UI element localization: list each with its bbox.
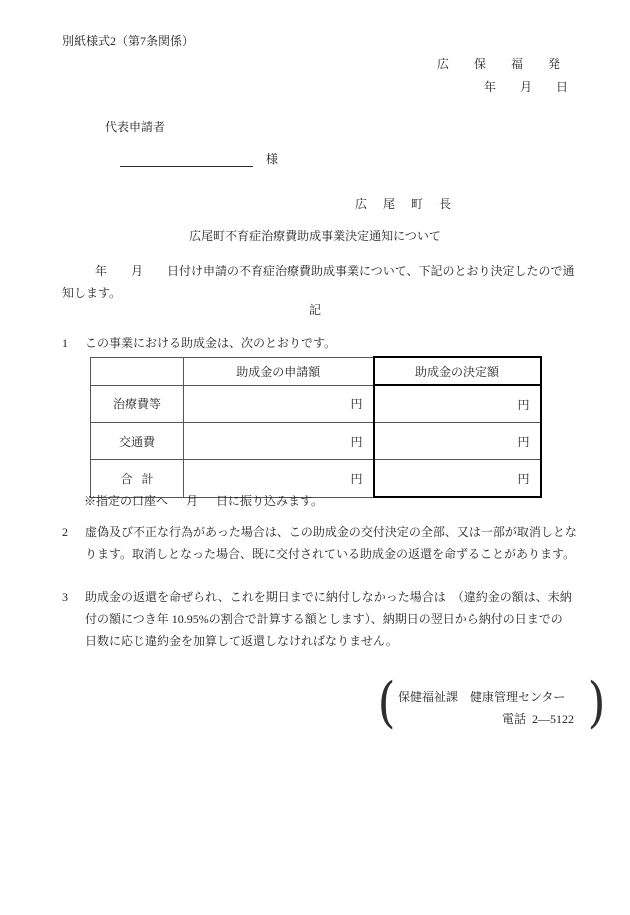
document-page: 別紙様式2（第7条関係） 広保福発 年月日 代表申請者 様 広尾町長 広尾町不育… (0, 0, 630, 915)
list-item-1: 1 この事業における助成金は、次のとおりです。 (62, 332, 336, 354)
item-number: 2 (62, 521, 85, 565)
recipient-name-blank (120, 153, 253, 167)
honorific-label: 様 (266, 152, 278, 166)
contact-department: 保健福祉課 健康管理センター (398, 686, 578, 708)
sender-mayor: 広尾町長 (355, 196, 467, 212)
table-row-treatment: 治療費等 円 円 (91, 385, 541, 423)
item-text: 助成金の返還を命ぜられ、これを期日までに納付しなかった場合は （違約金の額は、未… (85, 586, 572, 608)
table-header-decided: 助成金の決定額 (374, 357, 541, 385)
doc-date: 年月日 (484, 79, 592, 95)
table-row-transport: 交通費 円 円 (91, 423, 541, 460)
decided-amount-cell: 円 (374, 423, 541, 460)
item-text: 付の額につき年 10.95%の割合で計算する額とします）、納期日の翌日から納付の… (85, 608, 572, 630)
table-header-row: 助成金の申請額 助成金の決定額 (91, 357, 541, 385)
table-header-empty (91, 357, 184, 385)
document-title: 広尾町不育症治療費助成事業決定通知について (0, 227, 630, 244)
list-item-2: 2 虚偽及び不正な行為があった場合は、この助成金の交付決定の全部、又は一部が取消… (62, 521, 577, 565)
list-item-3: 3 助成金の返還を命ぜられ、これを期日までに納付しなかった場合は （違約金の額は… (62, 586, 572, 652)
item-text: ります。取消しとなった場合、既に交付されている助成金の返還を命ずることがあります… (85, 543, 577, 565)
applied-amount-cell: 円 (184, 423, 374, 460)
contact-bracket-right-icon: ) (588, 676, 606, 730)
row-label: 治療費等 (91, 385, 184, 423)
decided-amount-cell: 円 (374, 385, 541, 423)
bank-transfer-note: ※指定の口座へ 月 日に振り込みます。 (84, 493, 323, 509)
doc-number: 広保福発 (437, 56, 585, 72)
item-text: 日数に応じ違約金を加算して返還しなければなりません。 (85, 630, 572, 652)
decided-amount-cell: 円 (374, 460, 541, 498)
intro-line-1: 年 月 日付け申請の不育症治療費助成事業について、下記のとおり決定したので通 (95, 260, 575, 282)
ki-label: 記 (0, 301, 630, 318)
grant-amount-table: 助成金の申請額 助成金の決定額 治療費等 円 円 交通費 円 円 合 計 円 円 (90, 356, 542, 498)
row-label: 交通費 (91, 423, 184, 460)
applied-amount-cell: 円 (184, 385, 374, 423)
form-label: 別紙様式2（第7条関係） (62, 33, 194, 49)
item-text: この事業における助成金は、次のとおりです。 (85, 332, 336, 354)
applicant-label: 代表申請者 (105, 119, 165, 135)
recipient-name-row: 様 (120, 150, 278, 168)
row-label: 合 計 (91, 460, 184, 498)
item-text: 虚偽及び不正な行為があった場合は、この助成金の交付決定の全部、又は一部が取消しと… (85, 521, 577, 543)
contact-bracket-left-icon: ( (378, 676, 396, 730)
table-header-applied: 助成金の申請額 (184, 357, 374, 385)
item-number: 3 (62, 586, 85, 652)
table-row-total: 合 計 円 円 (91, 460, 541, 498)
item-number: 1 (62, 332, 85, 354)
contact-phone: 電話 2—5122 (398, 708, 578, 730)
contact-block: 保健福祉課 健康管理センター 電話 2—5122 (398, 686, 578, 730)
applied-amount-cell: 円 (184, 460, 374, 498)
